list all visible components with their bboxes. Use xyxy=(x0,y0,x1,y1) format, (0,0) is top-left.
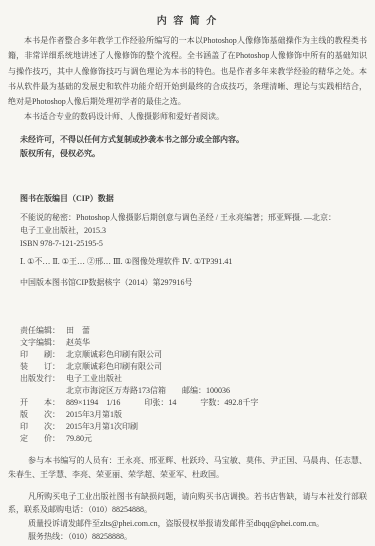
pub-value: 北京顺诚彩色印刷有限公司 xyxy=(66,361,162,373)
summary-paragraph: 本书是作者整合多年教学工作经验所编写的一本以Photoshop人像修饰基础操作为… xyxy=(8,33,367,109)
pub-label: 定 价： xyxy=(20,433,66,445)
cip-title-line: 不能说的秘密：Photoshop人像摄影后期创意与调色圣经 / 王永亮编著；邢亚… xyxy=(20,211,355,224)
cip-heading: 图书在版编目（CIP）数据 xyxy=(20,193,355,204)
service-replacement-note: 凡所购买电子工业出版社图书有缺损问题，请向购买书店调换。若书店售缺，请与本社发行… xyxy=(8,490,367,517)
copyright-notice-line1: 未经许可，不得以任何方式复制或抄袭本书之部分或全部内容。 xyxy=(20,133,355,147)
copyright-page: 内 容 简 介 本书是作者整合多年教学工作经验所编写的一本以Photoshop人… xyxy=(0,0,375,546)
pub-label: 文字编辑： xyxy=(20,337,66,349)
pub-row-text-editor: 文字编辑： 赵英华 xyxy=(20,337,355,349)
pub-value: 889×1194 1/16 印张：14 字数：492.8千字 xyxy=(66,397,258,409)
pub-row-edition: 版 次： 2015年3月第1版 xyxy=(20,409,355,421)
pub-row-format: 开 本： 889×1194 1/16 印张：14 字数：492.8千字 xyxy=(20,397,355,409)
cip-data-section: 图书在版编目（CIP）数据 不能说的秘密：Photoshop人像摄影后期创意与调… xyxy=(20,193,355,289)
pub-value: 2015年3月第1次印刷 xyxy=(66,421,138,433)
pub-value: 79.80元 xyxy=(66,433,92,445)
pub-row-printing: 印 次： 2015年3月第1次印刷 xyxy=(20,421,355,433)
summary-section: 本书是作者整合多年教学工作经验所编写的一本以Photoshop人像修饰基础操作为… xyxy=(8,33,367,125)
pub-value: 北京顺诚彩色印刷有限公司 xyxy=(66,349,162,361)
cip-record-number: 中国版本图书馆CIP数据核字（2014）第297916号 xyxy=(20,276,355,289)
pub-value: 2015年3月第1版 xyxy=(66,409,122,421)
copyright-notice-line2: 版权所有，侵权必究。 xyxy=(20,147,355,161)
pub-row-address: 北京市海淀区万寿路173信箱 邮编：100036 xyxy=(20,385,355,397)
publication-info: 责任编辑： 田 蕾 文字编辑： 赵英华 印 刷： 北京顺诚彩色印刷有限公司 装 … xyxy=(20,325,355,445)
pub-row-publisher: 出版发行： 电子工业出版社 xyxy=(20,373,355,385)
summary-title: 内 容 简 介 xyxy=(0,0,375,28)
pub-value: 田 蕾 xyxy=(66,325,90,337)
pub-label: 印 刷： xyxy=(20,349,66,361)
summary-audience: 本书适合专业的数码设计师、人像摄影师和爱好者阅读。 xyxy=(8,109,367,124)
pub-row-binder: 装 订： 北京顺诚彩色印刷有限公司 xyxy=(20,361,355,373)
pub-row-price: 定 价： 79.80元 xyxy=(20,433,355,445)
pub-label: 开 本： xyxy=(20,397,66,409)
pub-value: 赵英华 xyxy=(66,337,90,349)
pub-label: 版 次： xyxy=(20,409,66,421)
pub-row-editor: 责任编辑： 田 蕾 xyxy=(20,325,355,337)
service-email-note: 质量投诉请发邮件至zlts@phei.com.cn，盗版侵权举报请发邮件至dbq… xyxy=(8,517,367,531)
contributors-paragraph: 参与本书编写的人员有：王永亮、邢亚辉、杜跃玲、马宝敏、莫伟、尹正国、马晨冉、任志… xyxy=(8,454,367,483)
pub-label: 责任编辑： xyxy=(20,325,66,337)
pub-value: 北京市海淀区万寿路173信箱 邮编：100036 xyxy=(66,385,230,397)
pub-value: 电子工业出版社 xyxy=(66,373,122,385)
cip-classification: Ⅰ. ①不… Ⅱ. ①王… ②邢… Ⅲ. ①图像处理软件 Ⅳ. ①TP391.4… xyxy=(20,255,355,268)
pub-row-printer: 印 刷： 北京顺诚彩色印刷有限公司 xyxy=(20,349,355,361)
service-hotline: 服务热线：（010）88258888。 xyxy=(8,530,367,544)
service-info: 凡所购买电子工业出版社图书有缺损问题，请向购买书店调换。若书店售缺，请与本社发行… xyxy=(8,490,367,544)
pub-label: 出版发行： xyxy=(20,373,66,385)
pub-label: 印 次： xyxy=(20,421,66,433)
cip-publisher-line: 电子工业出版社，2015.3 xyxy=(20,224,355,237)
copyright-notice: 未经许可，不得以任何方式复制或抄袭本书之部分或全部内容。 版权所有，侵权必究。 xyxy=(20,133,355,161)
isbn-number: ISBN 978-7-121-25195-5 xyxy=(20,237,355,250)
pub-label: 装 订： xyxy=(20,361,66,373)
pub-label xyxy=(20,385,66,397)
